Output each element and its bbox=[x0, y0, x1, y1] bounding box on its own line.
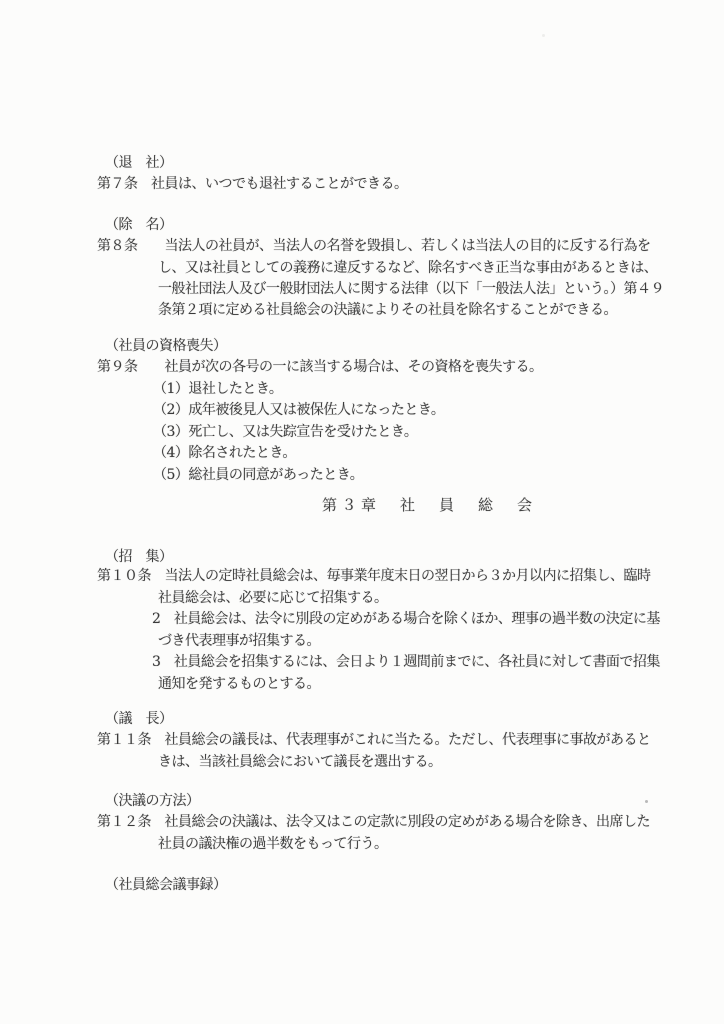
article-10-para-2-line-2: づき代表理事が招集する。 bbox=[158, 633, 320, 651]
article-12-line-2: 社員の議決権の過半数をもって行う。 bbox=[158, 836, 388, 854]
scan-speck bbox=[645, 800, 648, 803]
scan-speck bbox=[542, 34, 545, 37]
article-9-item-4: （4）除名されたとき。 bbox=[153, 445, 296, 463]
caption-expulsion: （除 名） bbox=[105, 217, 173, 235]
article-8-line-3: 一般社団法人及び一般財団法人に関する法律（以下「一般法人法」という。）第４９ bbox=[158, 281, 664, 299]
caption-chairperson: （議 長） bbox=[105, 711, 173, 729]
article-12-line-1: 第１２条 社員総会の決議は、法令又はこの定款に別段の定めがある場合を除き、出席し… bbox=[97, 814, 650, 832]
article-10-para-3-line-2: 通知を発するものとする。 bbox=[158, 676, 320, 694]
chapter-3-heading: 第３章 社 員 総 会 bbox=[322, 496, 537, 515]
article-8-line-1: 第８条 当法人の社員が、当法人の名誉を毀損し、若しくは当法人の目的に反する行為を bbox=[97, 238, 651, 256]
article-7-line-1: 第７条 社員は、いつでも退社することができる。 bbox=[97, 176, 408, 194]
article-10-para-2-line-1: 2 社員総会は、法令に別段の定めがある場合を除くほか、理事の過半数の決定に基 bbox=[152, 611, 660, 629]
article-9-item-1: （1）退社したとき。 bbox=[153, 381, 282, 399]
caption-loss-of-qualification: （社員の資格喪失） bbox=[105, 338, 227, 356]
article-11-line-1: 第１１条 社員総会の議長は、代表理事がこれに当たる。ただし、代表理事に事故がある… bbox=[97, 732, 651, 750]
article-10-para-3-line-1: 3 社員総会を招集するには、会日より１週間前までに、各社員に対して書面で招集 bbox=[152, 654, 660, 672]
article-9-item-5: （5）総社員の同意があったとき。 bbox=[153, 467, 363, 485]
article-10-line-2: 社員総会は、必要に応じて招集する。 bbox=[158, 590, 388, 608]
article-9-line-1: 第９条 社員が次の各号の一に該当する場合は、その資格を喪失する。 bbox=[97, 359, 543, 377]
article-10-line-1: 第１０条 当法人の定時社員総会は、毎事業年度末日の翌日から３か月以内に招集し、臨… bbox=[97, 568, 651, 586]
document-page: （退 社） 第７条 社員は、いつでも退社することができる。 （除 名） 第８条 … bbox=[0, 0, 724, 1024]
article-9-item-3: （3）死亡し、又は失踪宣告を受けたとき。 bbox=[153, 424, 417, 442]
caption-withdrawal: （退 社） bbox=[105, 155, 173, 173]
caption-resolution-method: （決議の方法） bbox=[105, 793, 200, 811]
caption-convocation: （招 集） bbox=[105, 549, 173, 567]
article-8-line-4: 条第２項に定める社員総会の決議によりその社員を除名することができる。 bbox=[158, 302, 617, 320]
article-11-line-2: きは、当該社員総会において議長を選出する。 bbox=[158, 754, 442, 772]
caption-minutes: （社員総会議事録） bbox=[105, 877, 227, 895]
article-8-line-2: し、又は社員としての義務に違反するなど、除名すべき正当な事由があるときは、 bbox=[158, 260, 657, 278]
article-9-item-2: （2）成年被後見人又は被保佐人になったとき。 bbox=[153, 402, 444, 420]
